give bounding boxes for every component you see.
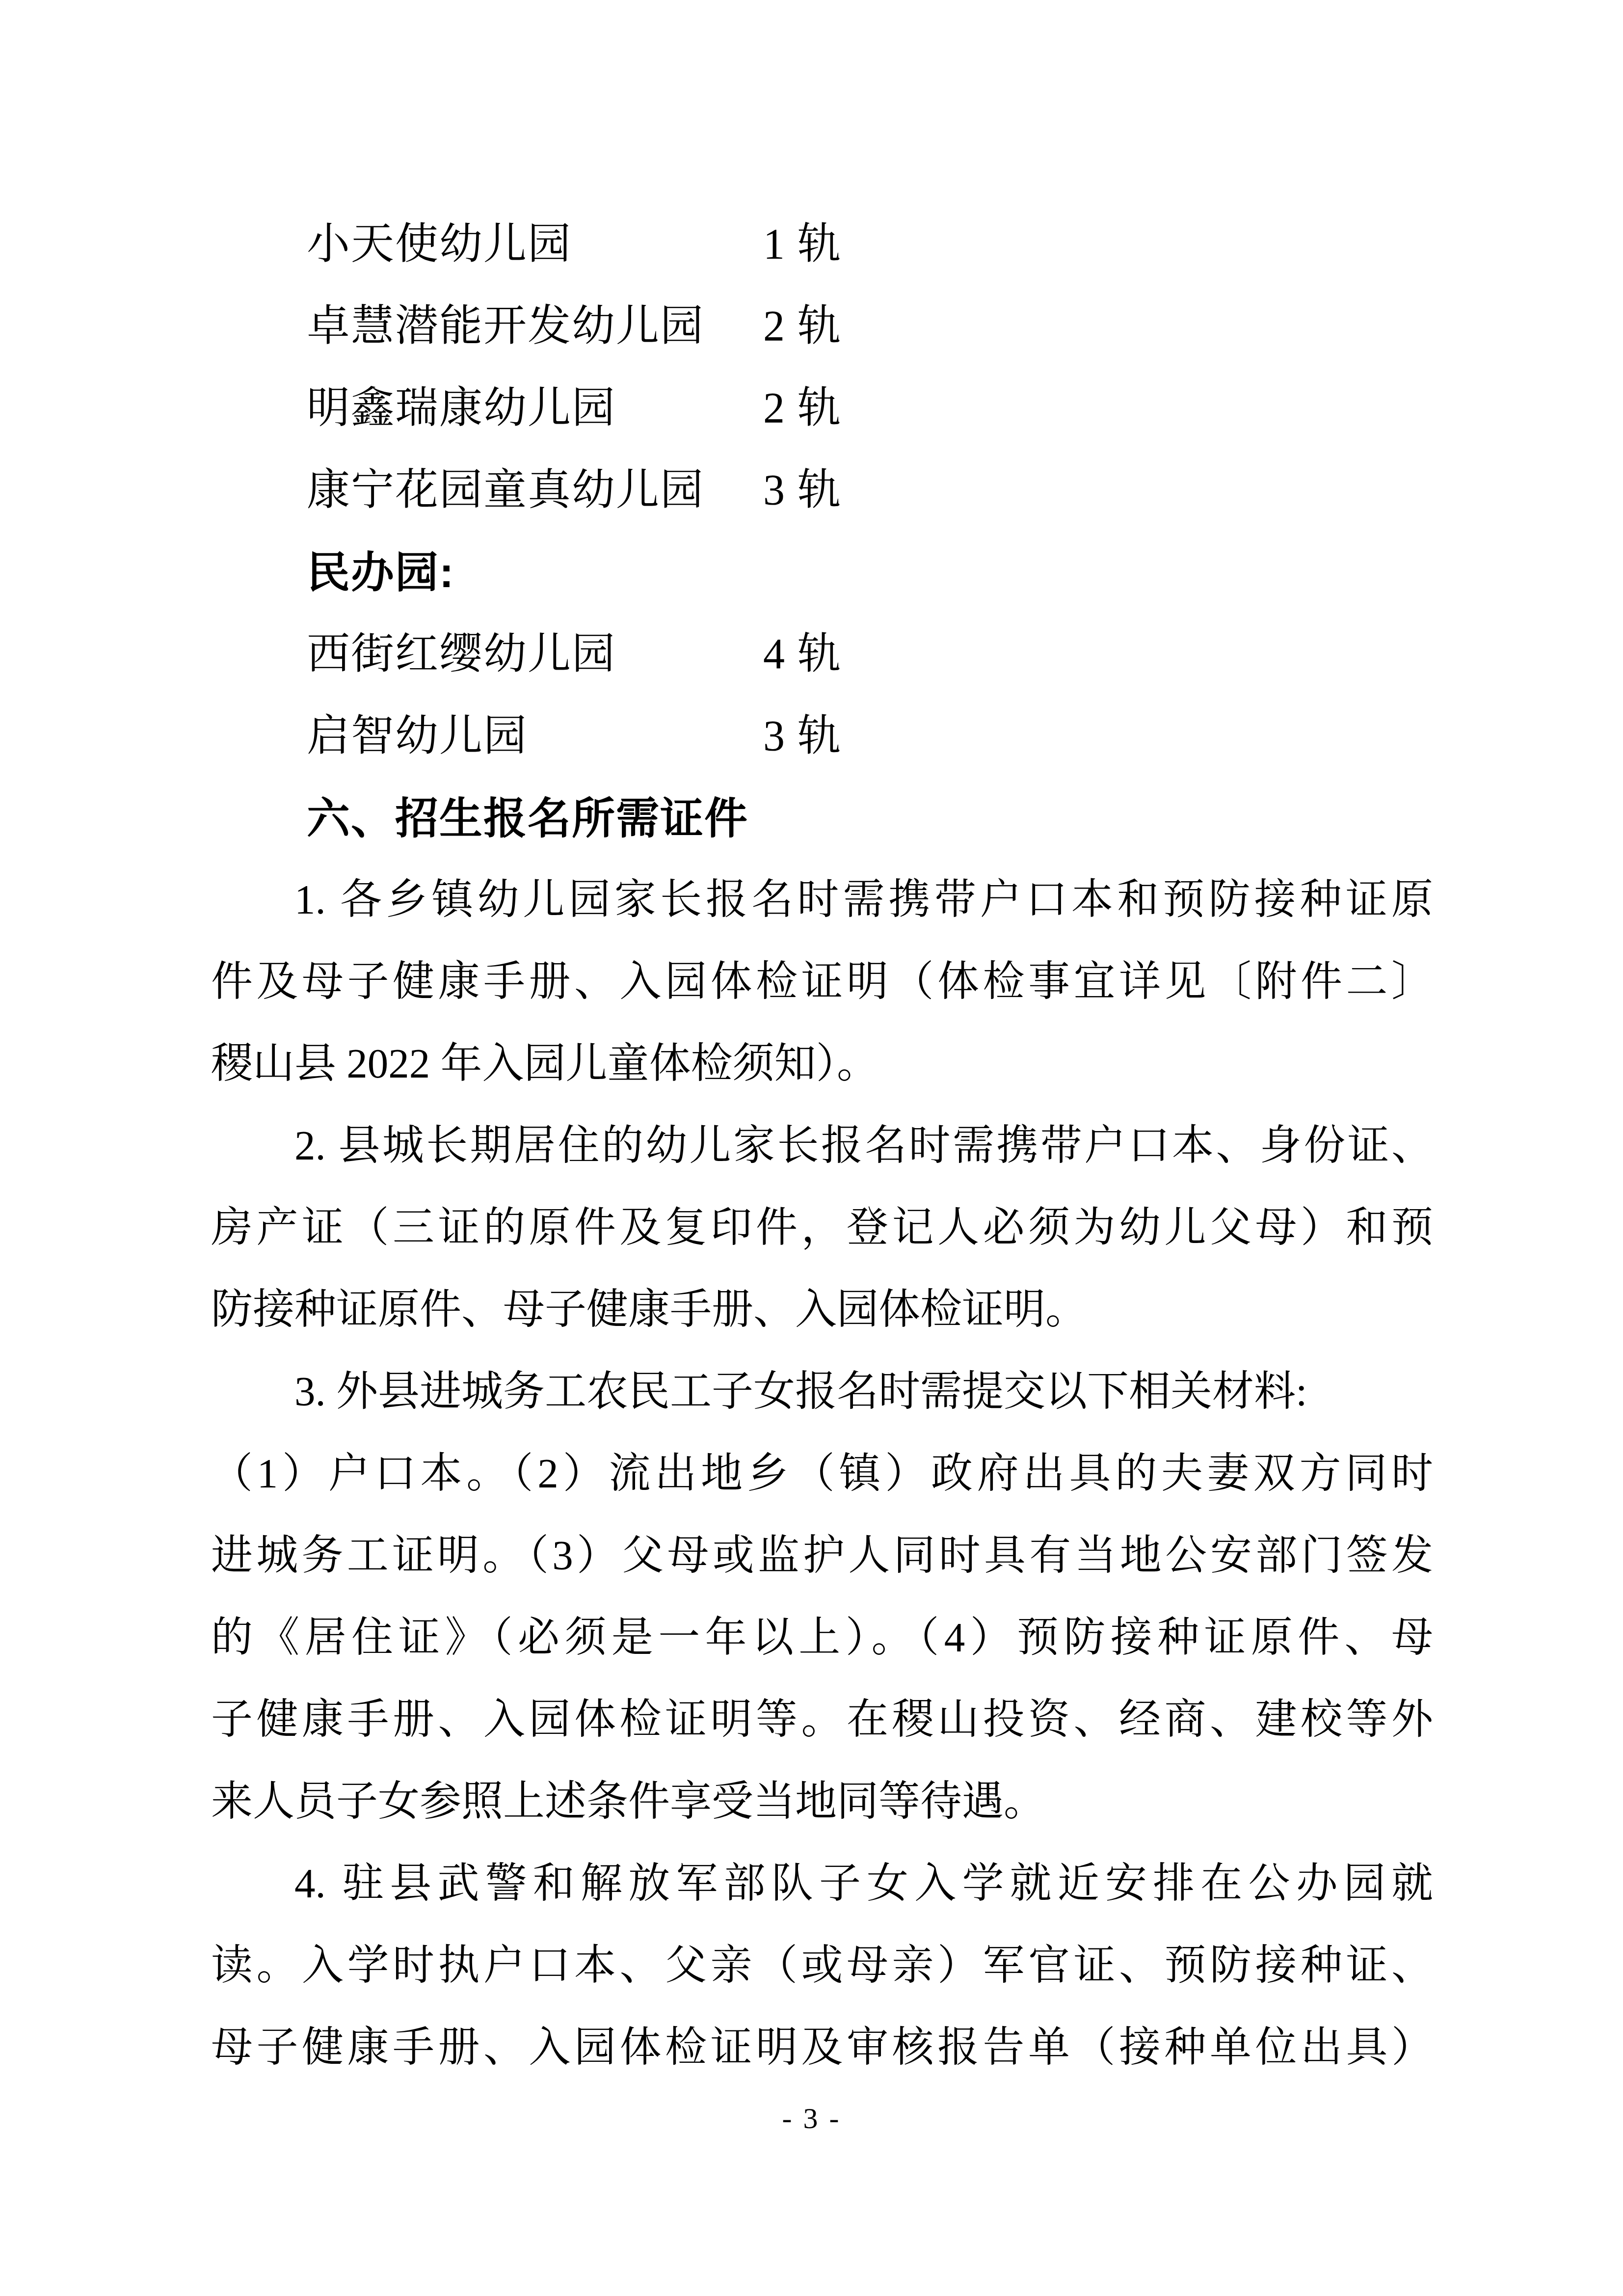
kindergarten-row: 康宁花园童真幼儿园 3 轨 xyxy=(211,449,1433,531)
body-line: 4. 驻县武警和解放军部队子女入学就近安排在公办园就 xyxy=(211,1843,1433,1925)
kindergarten-name: 西街红缨幼儿园 xyxy=(307,613,616,695)
kindergarten-track-count: 1 轨 xyxy=(763,203,842,285)
kindergarten-track-count: 2 轨 xyxy=(763,367,842,449)
kindergarten-track-count: 3 轨 xyxy=(763,449,842,531)
kindergarten-row: 小天使幼儿园 1 轨 xyxy=(211,203,1433,285)
document-page: 小天使幼儿园 1 轨 卓慧潜能开发幼儿园 2 轨 明鑫瑞康幼儿园 2 轨 康宁花… xyxy=(0,0,1623,2296)
body-line: 读。入学时执户口本、父亲（或母亲）军官证、预防接种证、 xyxy=(211,1925,1433,2007)
kindergarten-name: 启智幼儿园 xyxy=(307,695,528,777)
kindergarten-row: 明鑫瑞康幼儿园 2 轨 xyxy=(211,367,1433,449)
kindergarten-track-count: 3 轨 xyxy=(763,695,842,777)
kindergarten-track-count: 4 轨 xyxy=(763,613,842,695)
body-line: 子健康手册、入园体检证明等。在稷山投资、经商、建校等外 xyxy=(211,1679,1433,1761)
body-line: 房产证（三证的原件及复印件，登记人必须为幼儿父母）和预 xyxy=(211,1187,1433,1269)
kindergarten-name: 明鑫瑞康幼儿园 xyxy=(307,367,616,449)
body-line: 进城务工证明。（3）父母或监护人同时具有当地公安部门签发 xyxy=(211,1515,1433,1597)
body-line: 稷山县 2022 年入园儿童体检须知）。 xyxy=(211,1023,1433,1105)
document-content: 小天使幼儿园 1 轨 卓慧潜能开发幼儿园 2 轨 明鑫瑞康幼儿园 2 轨 康宁花… xyxy=(211,203,1433,2089)
kindergarten-row: 西街红缨幼儿园 4 轨 xyxy=(211,613,1433,695)
kindergarten-name: 康宁花园童真幼儿园 xyxy=(307,449,704,531)
body-line: 件及母子健康手册、入园体检证明（体检事宜详见〔附件二〕 xyxy=(211,941,1433,1023)
kindergarten-name: 小天使幼儿园 xyxy=(307,203,572,285)
body-line: 2. 县城长期居住的幼儿家长报名时需携带户口本、身份证、 xyxy=(211,1105,1433,1187)
kindergarten-row: 启智幼儿园 3 轨 xyxy=(211,695,1433,777)
body-line: 3. 外县进城务工农民工子女报名时需提交以下相关材料: xyxy=(211,1351,1433,1433)
page-number: - 3 - xyxy=(0,2097,1623,2139)
private-kindergartens-heading: 民办园: xyxy=(211,531,1433,613)
body-line: （1）户口本。（2）流出地乡（镇）政府出具的夫妻双方同时 xyxy=(211,1433,1433,1515)
section-heading: 六、招生报名所需证件 xyxy=(211,777,1433,859)
body-line: 的《居住证》（必须是一年以上）。（4）预防接种证原件、母 xyxy=(211,1597,1433,1679)
kindergarten-name: 卓慧潜能开发幼儿园 xyxy=(307,285,704,367)
body-line: 防接种证原件、母子健康手册、入园体检证明。 xyxy=(211,1269,1433,1351)
kindergarten-track-count: 2 轨 xyxy=(763,285,842,367)
body-line: 1. 各乡镇幼儿园家长报名时需携带户口本和预防接种证原 xyxy=(211,859,1433,941)
body-line: 母子健康手册、入园体检证明及审核报告单（接种单位出具） xyxy=(211,2007,1433,2089)
body-line: 来人员子女参照上述条件享受当地同等待遇。 xyxy=(211,1761,1433,1843)
kindergarten-row: 卓慧潜能开发幼儿园 2 轨 xyxy=(211,285,1433,367)
